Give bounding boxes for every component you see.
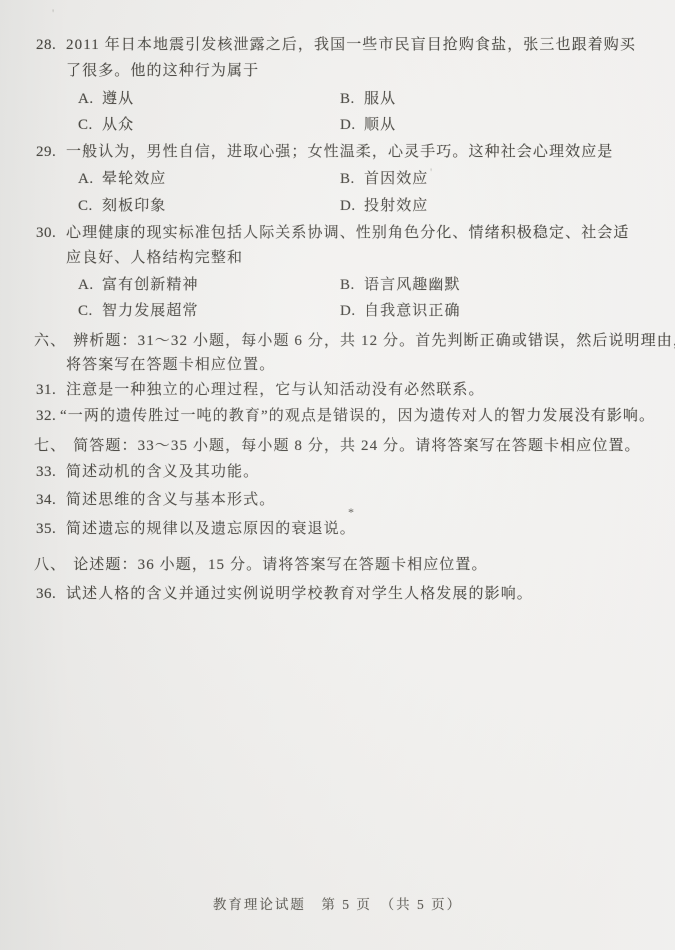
question-31-text: 注意是一种独立的心理过程，它与认知活动没有必然联系。 <box>66 382 485 398</box>
question-30-stem-line-2: 应良好、人格结构完整和 <box>66 249 243 268</box>
question-28-stem-line-2: 了很多。他的这种行为属于 <box>66 62 259 81</box>
question-29-stem-text: 一般认为，男性自信，进取心强；女性温柔，心灵手巧。这种社会心理效应是 <box>66 144 613 160</box>
question-29-option-b: B.首因效应 <box>340 170 428 189</box>
section-8-prefix: 八、 <box>34 557 66 573</box>
question-28-stem-line-1: 28.2011 年日本地震引发核泄露之后，我国一些市民盲目抢购食盐，张三也跟着购… <box>36 36 636 55</box>
option-label: C. <box>78 302 102 321</box>
question-30-option-d: D.自我意识正确 <box>340 302 461 321</box>
option-label: D. <box>340 197 364 216</box>
option-label: A. <box>78 276 102 295</box>
option-text: 投射效应 <box>364 198 428 214</box>
section-7-header: 七、简答题：33～35 小题，每小题 8 分，共 24 分。请将答案写在答题卡相… <box>34 437 641 456</box>
question-33: 33.简述动机的含义及其功能。 <box>36 463 259 482</box>
section-7-prefix: 七、 <box>34 438 66 454</box>
question-28-option-b: B.服从 <box>340 90 396 109</box>
option-label: D. <box>340 302 364 321</box>
question-35-number: 35. <box>36 520 66 539</box>
question-30-stem-text: 心理健康的现实标准包括人际关系协调、性别角色分化、情绪积极稳定、社会适 <box>66 225 630 241</box>
option-text: 语言风趣幽默 <box>364 277 461 293</box>
option-text: 从众 <box>102 117 134 133</box>
question-33-text: 简述动机的含义及其功能。 <box>66 464 259 480</box>
option-label: B. <box>340 90 364 109</box>
question-35-text: 简述遗忘的规律以及遗忘原因的衰退说。 <box>66 521 356 537</box>
option-text: 晕轮效应 <box>102 171 166 187</box>
option-label: B. <box>340 170 364 189</box>
page-footer: 教育理论试题 第 5 页 （共 5 页） <box>0 893 675 913</box>
option-text: 顺从 <box>364 117 396 133</box>
option-label: A. <box>78 170 102 189</box>
scan-artifact-corner: ' <box>52 6 54 21</box>
option-text: 富有创新精神 <box>102 277 199 293</box>
scan-artifact-asterisk: * <box>348 505 354 520</box>
question-32-text: “一两的遗传胜过一吨的教育”的观点是错误的，因为遗传对人的智力发展没有影响。 <box>60 408 655 424</box>
question-32: 32.“一两的遗传胜过一吨的教育”的观点是错误的，因为遗传对人的智力发展没有影响… <box>36 407 655 426</box>
question-28-option-a: A.遵从 <box>78 90 134 109</box>
question-36-number: 36. <box>36 585 66 604</box>
section-8-header: 八、论述题：36 小题，15 分。请将答案写在答题卡相应位置。 <box>34 556 488 575</box>
option-label: A. <box>78 90 102 109</box>
question-28-number: 28. <box>36 36 66 55</box>
section-8-title: 论述题：36 小题，15 分。请将答案写在答题卡相应位置。 <box>73 557 487 573</box>
question-29-option-c: C.刻板印象 <box>78 197 166 216</box>
question-29-stem-line-1: 29.一般认为，男性自信，进取心强；女性温柔，心灵手巧。这种社会心理效应是 <box>36 143 613 162</box>
option-text: 智力发展超常 <box>102 303 199 319</box>
option-text: 自我意识正确 <box>364 303 461 319</box>
section-6-header-line-2: 将答案写在答题卡相应位置。 <box>66 356 275 375</box>
option-label: C. <box>78 116 102 135</box>
question-29-option-d: D.投射效应 <box>340 197 428 216</box>
question-35: 35.简述遗忘的规律以及遗忘原因的衰退说。 <box>36 520 356 539</box>
section-6-header-line-1: 六、辨析题：31～32 小题，每小题 6 分，共 12 分。首先判断正确或错误，… <box>34 332 675 351</box>
question-28-stem-text: 2011 年日本地震引发核泄露之后，我国一些市民盲目抢购食盐，张三也跟着购买 <box>66 37 636 53</box>
question-31: 31.注意是一种独立的心理过程，它与认知活动没有必然联系。 <box>36 381 485 400</box>
scan-artifact-tick: ' <box>430 165 432 180</box>
question-33-number: 33. <box>36 463 66 482</box>
option-label: C. <box>78 197 102 216</box>
question-29-number: 29. <box>36 143 66 162</box>
option-text: 刻板印象 <box>102 198 166 214</box>
question-30-stem-line-1: 30.心理健康的现实标准包括人际关系协调、性别角色分化、情绪积极稳定、社会适 <box>36 224 630 243</box>
option-text: 首因效应 <box>364 171 428 187</box>
option-label: B. <box>340 276 364 295</box>
question-32-number: 32. <box>36 407 60 426</box>
question-30-option-b: B.语言风趣幽默 <box>340 276 461 295</box>
question-28-option-c: C.从众 <box>78 116 134 135</box>
question-28-option-d: D.顺从 <box>340 116 396 135</box>
question-34-text: 简述思维的含义与基本形式。 <box>66 492 275 508</box>
section-6-prefix: 六、 <box>34 333 66 349</box>
section-6-title: 辨析题：31～32 小题，每小题 6 分，共 12 分。首先判断正确或错误，然后… <box>73 333 675 349</box>
question-30-number: 30. <box>36 224 66 243</box>
option-text: 服从 <box>364 91 396 107</box>
question-31-number: 31. <box>36 381 66 400</box>
question-30-option-c: C.智力发展超常 <box>78 302 199 321</box>
question-34: 34.简述思维的含义与基本形式。 <box>36 491 275 510</box>
question-36-text: 试述人格的含义并通过实例说明学校教育对学生人格发展的影响。 <box>66 586 533 602</box>
question-36: 36.试述人格的含义并通过实例说明学校教育对学生人格发展的影响。 <box>36 585 533 604</box>
scanned-exam-page: ' ' * 28.2011 年日本地震引发核泄露之后，我国一些市民盲目抢购食盐，… <box>0 0 675 950</box>
option-text: 遵从 <box>102 91 134 107</box>
option-label: D. <box>340 116 364 135</box>
question-30-option-a: A.富有创新精神 <box>78 276 199 295</box>
question-29-option-a: A.晕轮效应 <box>78 170 166 189</box>
question-34-number: 34. <box>36 491 66 510</box>
section-7-title: 简答题：33～35 小题，每小题 8 分，共 24 分。请将答案写在答题卡相应位… <box>73 438 640 454</box>
